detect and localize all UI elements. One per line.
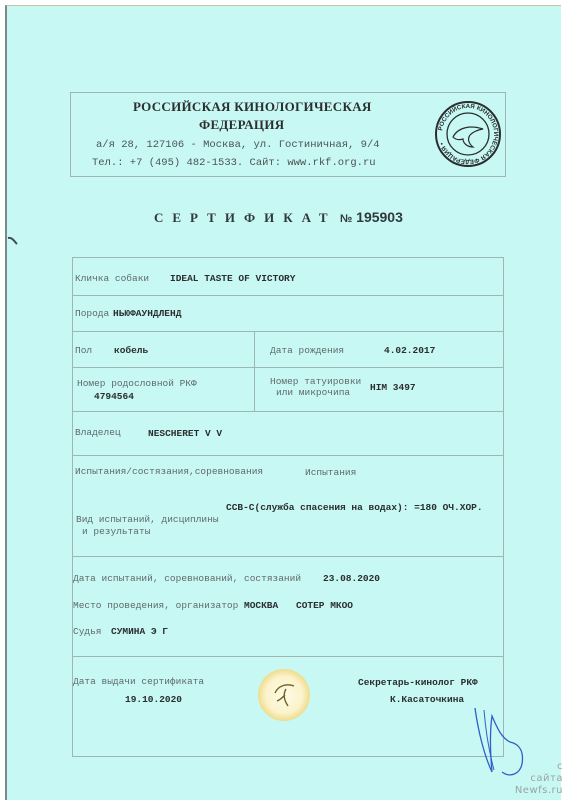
row-divider [72, 455, 504, 456]
row-divider [72, 367, 504, 368]
org-address: а/я 28, 127106 - Москва, ул. Гостиничная… [96, 139, 380, 151]
row-divider [72, 331, 504, 332]
dog-name-label: Кличка собаки [75, 273, 149, 284]
tattoo-label-line1: Номер татуировки [270, 376, 361, 387]
watermark-line2: сайта [515, 773, 563, 785]
number-sign: № [340, 213, 352, 225]
owner-value: NESCHERET V V [148, 428, 222, 439]
discipline-label-line2: и результаты [82, 526, 150, 537]
row-divider [72, 411, 504, 412]
watermark-line1: с [515, 761, 563, 773]
judge-value: СУМИНА Э Г [111, 626, 168, 637]
venue-org-value: СОТЕР МКОО [296, 600, 353, 611]
site-watermark: с сайта Newfs.ru [515, 761, 563, 797]
row-divider [72, 656, 504, 657]
venue-label: Место проведения, организатор [73, 600, 238, 611]
org-name-line1: РОССИЙСКАЯ КИНОЛОГИЧЕСКАЯ [133, 99, 372, 115]
issue-date-value: 19.10.2020 [125, 694, 182, 705]
event-date-value: 23.08.2020 [323, 573, 380, 584]
sex-value: кобель [114, 345, 148, 356]
venue-city-value: МОСКВА [244, 600, 278, 611]
event-date-label: Дата испытаний, соревнований, состязаний [73, 573, 301, 584]
secretary-title: Секретарь-кинолог РКФ [358, 677, 478, 688]
breed-value: НЬЮФАУНДЛЕНД [113, 308, 181, 319]
number-value: 195903 [356, 209, 403, 225]
tattoo-label-line2: или микрочипа [276, 387, 350, 398]
certificate-number: № 195903 [340, 209, 403, 225]
event-type-label: Испытания/состязания,соревнования [75, 466, 263, 477]
pedigree-label: Номер родословной РКФ [77, 378, 197, 389]
row-divider [72, 295, 504, 296]
pen-mark-icon [7, 233, 19, 243]
secretary-name: К.Касаточкина [390, 694, 464, 705]
gold-hologram-seal-icon [256, 667, 312, 723]
judge-label: Судья [73, 626, 102, 637]
issue-date-label: Дата выдачи сертификата [73, 676, 204, 687]
event-type-value: Испытания [305, 467, 356, 478]
certificate-title: СЕРТИФИКАТ [154, 210, 337, 226]
org-name-line2: ФЕДЕРАЦИЯ [199, 117, 284, 133]
row-divider [72, 556, 504, 557]
greyhound-head-emblem-icon: РОССИЙСКАЯ КИНОЛОГИЧЕСКАЯ ФЕДЕРАЦИЯ • [433, 99, 503, 169]
pedigree-value: 4794564 [94, 391, 134, 402]
sex-label: Пол [75, 345, 92, 356]
discipline-label-line1: Вид испытаний, дисциплины [76, 514, 219, 525]
birth-date-label: Дата рождения [270, 345, 344, 356]
org-contacts: Тел.: +7 (495) 482-1533. Сайт: www.rkf.o… [92, 157, 376, 169]
column-divider [254, 331, 255, 411]
tattoo-value: HIM 3497 [370, 382, 416, 393]
discipline-value: ССВ-С(служба спасения на водах): =180 ОЧ… [226, 502, 483, 513]
watermark-line3: Newfs.ru [515, 785, 563, 797]
dog-name-value: IDEAL TASTE OF VICTORY [170, 273, 295, 284]
owner-label: Владелец [75, 427, 121, 438]
birth-date-value: 4.02.2017 [384, 345, 435, 356]
breed-label: Порода [75, 308, 109, 319]
